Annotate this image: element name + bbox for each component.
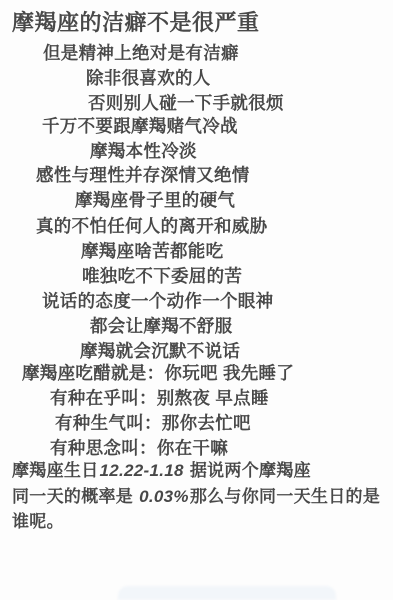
text-line: 感性与理性并存深情又绝情 bbox=[36, 163, 250, 188]
text-line: 有种生气叫：那你去忙吧 bbox=[55, 411, 251, 436]
text-line: 唯独吃不下委屈的苦 bbox=[82, 264, 242, 289]
text-line: 说话的态度一个动作一个眼神 bbox=[42, 289, 273, 314]
footer-number: 12.22-1.18 bbox=[99, 461, 185, 480]
text-line: 千万不要跟摩羯赌气冷战 bbox=[42, 114, 238, 139]
text-line: 都会让摩羯不舒服 bbox=[90, 314, 232, 339]
text-line: 除非很喜欢的人 bbox=[86, 66, 211, 91]
footer-line: 同一天的概率是 0.03%那么与你同一天生日的是 bbox=[12, 484, 380, 510]
page-title: 摩羯座的洁癖不是很严重 bbox=[12, 8, 260, 38]
text-line: 摩羯座啥苦都能吃 bbox=[81, 239, 223, 264]
footer-text: 摩羯座生日 bbox=[12, 461, 99, 480]
footer-text: 那么与你同一天生日的是 bbox=[190, 487, 380, 506]
text-line: 真的不怕任何人的离开和威胁 bbox=[36, 214, 267, 239]
text-line: 有种在乎叫：别熬夜 早点睡 bbox=[50, 386, 269, 411]
text-line: 摩羯座吃醋就是：你玩吧 我先睡了 bbox=[22, 361, 294, 386]
footer-line: 摩羯座生日12.22-1.18 据说两个摩羯座 bbox=[12, 458, 311, 484]
text-line: 摩羯本性冷淡 bbox=[90, 139, 197, 164]
footer-line: 谁呢。 bbox=[12, 509, 64, 535]
footer-text: 同一天的概率是 bbox=[12, 487, 138, 506]
text-line: 否则别人碰一下手就很烦 bbox=[88, 91, 284, 116]
bottom-glow bbox=[118, 586, 336, 600]
footer-number: 0.03% bbox=[138, 487, 190, 506]
text-line: 摩羯座骨子里的硬气 bbox=[75, 188, 235, 213]
text-line: 但是精神上绝对是有洁癖 bbox=[43, 41, 239, 66]
footer-text: 据说两个摩羯座 bbox=[185, 461, 311, 480]
text-post-image: 摩羯座的洁癖不是很严重 但是精神上绝对是有洁癖 除非很喜欢的人 否则别人碰一下手… bbox=[0, 0, 393, 600]
